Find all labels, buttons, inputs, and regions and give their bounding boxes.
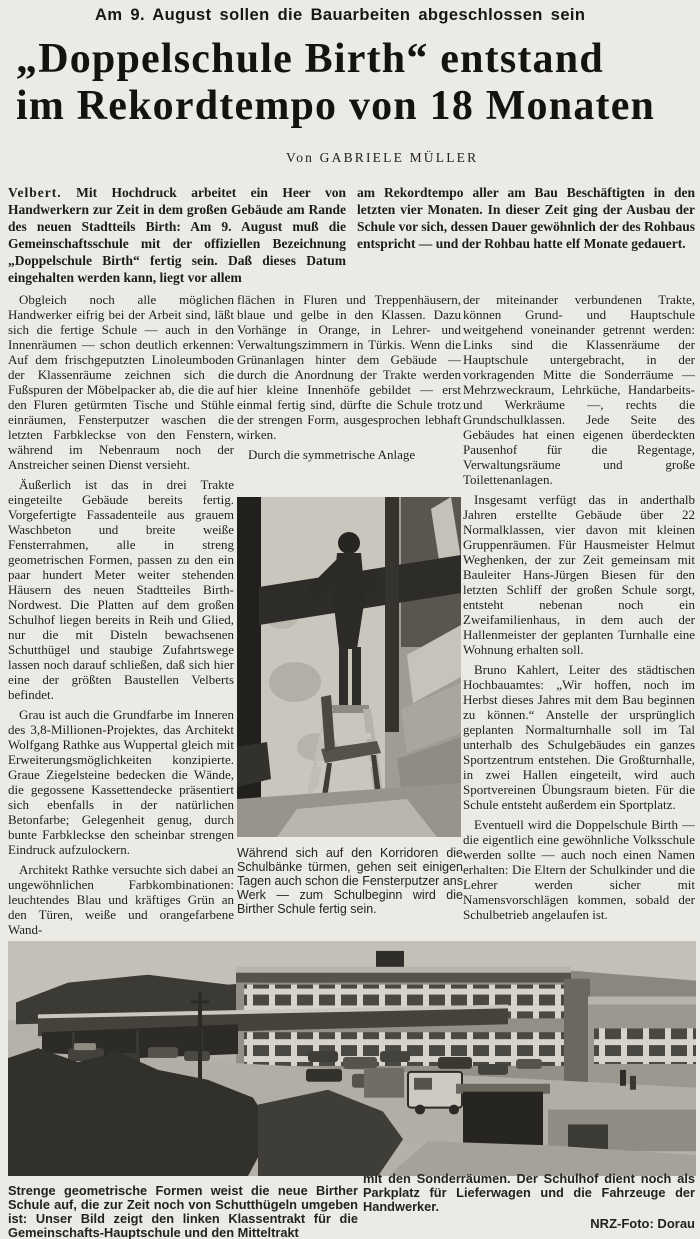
lead-paragraph-left: Velbert. Mit Hochdruck arbeitet ein Heer… [8, 184, 346, 286]
photo-credit: NRZ-Foto: Dorau [540, 1216, 695, 1231]
window-cleaner-photo [237, 497, 461, 837]
dateline: Velbert. [8, 185, 62, 200]
headline: „Doppelschule Birth“ entstand im Rekordt… [16, 36, 696, 130]
paragraph: Obgleich noch alle möglichen Handwerker … [8, 292, 234, 472]
lead-left-text: Mit Hochdruck arbeitet ein Heer von Hand… [8, 185, 346, 285]
shed-structure [456, 1084, 550, 1146]
paragraph: Äußerlich ist das in drei Trakte eingete… [8, 477, 234, 702]
paragraph: Architekt Rathke versuchte sich dabei an… [8, 862, 234, 937]
body-column-1: Obgleich noch alle möglichen Handwerker … [8, 292, 234, 942]
newspaper-page: { "masthead": { "kicker": "Am 9. August … [0, 0, 700, 1239]
photo-caption-middle: Während sich auf den Korridoren die Schu… [237, 846, 463, 916]
kicker-line: Am 9. August sollen die Bauarbeiten abge… [95, 6, 655, 25]
school-right-wing [588, 997, 696, 1096]
headline-line-1: „Doppelschule Birth“ entstand [16, 36, 696, 83]
byline: Von GABRIELE MÜLLER [286, 150, 478, 166]
photo-caption-bottom-right: mit den Sonderräumen. Der Schulhof dient… [363, 1172, 695, 1214]
paragraph: Bruno Kahlert, Leiter des städtischen Ho… [463, 662, 695, 812]
body-column-2: flächen in Fluren und Treppenhäusern, bl… [237, 292, 461, 494]
headline-line-2: im Rekordtempo von 18 Monaten [16, 83, 696, 130]
paragraph: Durch die symmetrische Anlage [237, 447, 461, 462]
paragraph: Insgesamt verfügt das in anderthalb Jahr… [463, 492, 695, 657]
school-building-photo [8, 941, 696, 1176]
lead-paragraph-right: am Rekordtempo aller am Bau Beschäftigte… [357, 184, 695, 252]
paragraph: Eventuell wird die Doppelschule Birth — … [463, 817, 695, 922]
paragraph: flächen in Fluren und Treppenhäusern, bl… [237, 292, 461, 442]
paragraph: der miteinander verbundenen Trakte, könn… [463, 292, 695, 487]
photo-caption-bottom-left: Strenge geometrische Formen weist die ne… [8, 1184, 358, 1239]
body-column-3: der miteinander verbundenen Trakte, könn… [463, 292, 695, 942]
lead-right-text: am Rekordtempo aller am Bau Beschäftigte… [357, 184, 695, 252]
paragraph: Grau ist auch die Grundfarbe im Inneren … [8, 707, 234, 857]
